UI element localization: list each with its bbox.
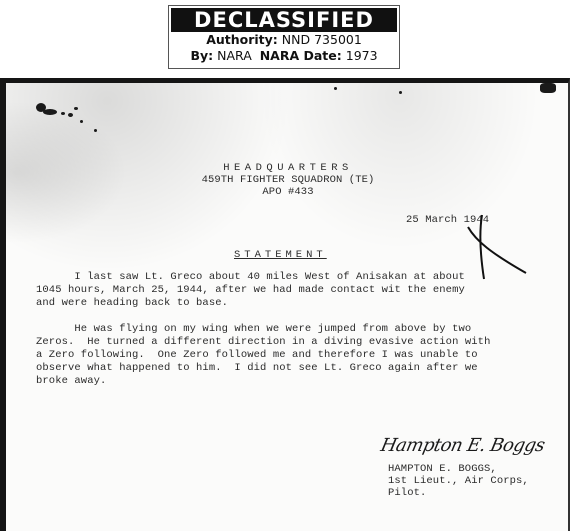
stamp-title: DECLASSIFIED [171,8,397,32]
statement-heading: STATEMENT [234,249,327,262]
signatory-title: Pilot. [388,487,426,500]
ink-smudge [94,129,97,132]
stamp-date-value: 1973 [346,48,378,63]
stamp-date-label: NARA Date: [260,48,342,63]
handwritten-signature: Hampton E. Boggs [379,435,547,456]
ink-smudge [68,113,73,117]
ink-smudge [334,87,337,90]
statement-paragraph-2: He was flying on my wing when we were ju… [36,323,490,388]
stamp-by-value: NARA [217,48,252,63]
stamp-by-date: By: NARA NARA Date: 1973 [169,48,399,64]
header-apo: APO #433 [6,186,570,199]
statement-paragraph-1: I last saw Lt. Greco about 40 miles West… [36,271,465,310]
ink-smudge [80,120,83,123]
stamp-by-label: By: [190,48,213,63]
ink-smudge [74,107,78,110]
ink-smudge [43,109,57,115]
declassified-stamp: DECLASSIFIED Authority: NND 735001 By: N… [168,5,400,69]
stamp-authority-label: Authority: [206,32,278,47]
stamp-authority-value: NND 735001 [282,32,362,47]
ink-smudge [540,83,556,93]
ink-smudge [61,112,65,115]
stamp-authority: Authority: NND 735001 [169,32,399,48]
ink-smudge [399,91,402,94]
scanned-document-page: HEADQUARTERS 459TH FIGHTER SQUADRON (TE)… [0,78,570,531]
